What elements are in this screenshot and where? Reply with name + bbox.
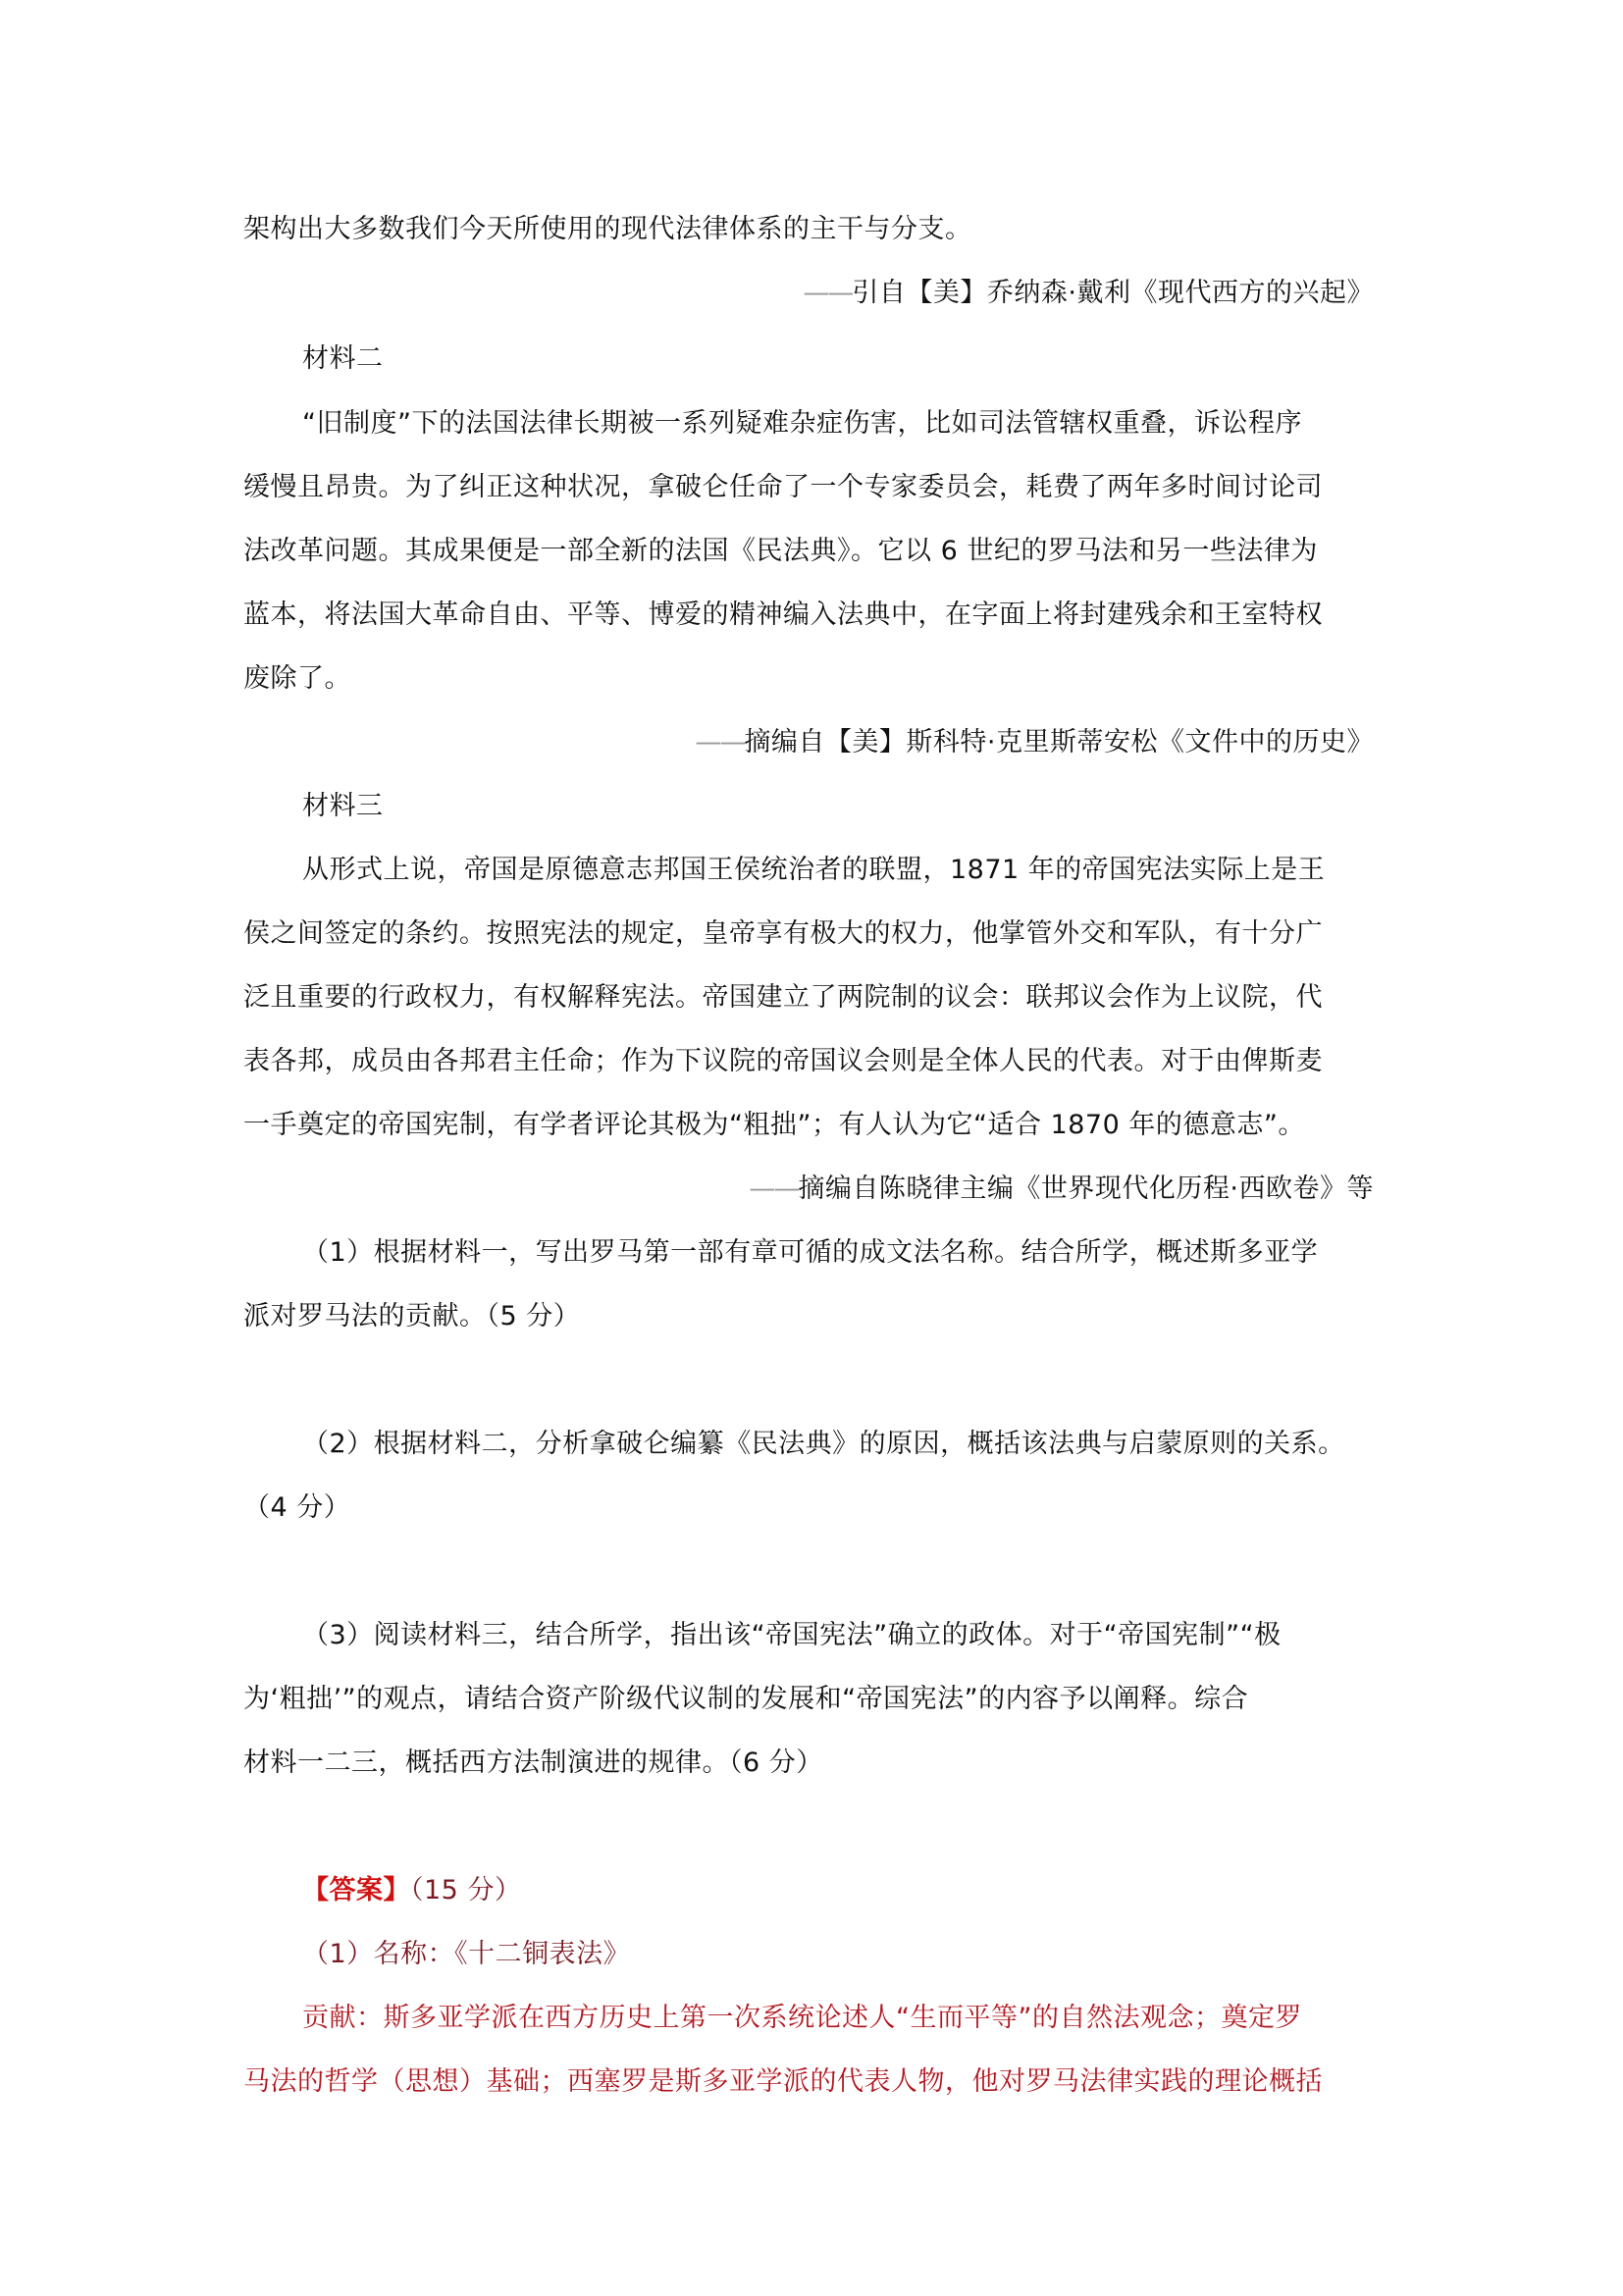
material1-text-tail: 架构出大多数我们今天所使用的现代法律体系的主干与分支。 [243, 214, 1374, 245]
citation-text: 摘编自【美】斯科特·克里斯蒂安松《文件中的历史》 [744, 727, 1374, 757]
question-3-line: 材料一二三，概括西方法制演进的规律。（6 分） [243, 1748, 1374, 1779]
material2-line: “旧制度”下的法国法律长期被一系列疑难杂症伤害，比如司法管辖权重叠，诉讼程序 [302, 408, 1374, 440]
material3-line: 从形式上说，帝国是原德意志邦国王侯统治者的联盟，1871 年的帝国宪法实际上是王 [302, 855, 1374, 886]
answer-contribution-line: 马法的哲学（思想）基础；西塞罗是斯多亚学派的代表人物，他对罗马法律实践的理论概括 [243, 2066, 1374, 2098]
material2-line: 缓慢且昂贵。为了纠正这种状况，拿破仑任命了一个专家委员会，耗费了两年多时间讨论司 [243, 472, 1374, 503]
answer-contribution-line: 贡献：斯多亚学派在西方历史上第一次系统论述人“生而平等”的自然法观念；奠定罗 [302, 2003, 1374, 2034]
material3-line: 一手奠定的帝国宪制，有学者评论其极为“粗拙”；有人认为它“适合 1870 年的德… [243, 1110, 1374, 1141]
material2-line: 法改革问题。其成果便是一部全新的法国《民法典》。它以 6 世纪的罗马法和另一些法… [243, 536, 1374, 567]
question-2-line: （4 分） [243, 1492, 1374, 1524]
citation-text: 引自【美】乔纳森·戴利《现代西方的兴起》 [852, 278, 1374, 308]
material1-citation: ——引自【美】乔纳森·戴利《现代西方的兴起》 [243, 278, 1374, 309]
question-1-line: 派对罗马法的贡献。（5 分） [243, 1301, 1374, 1332]
answer-score: （15 分） [410, 1875, 521, 1905]
answer-part1-name: （1）名称：《十二铜表法》 [302, 1939, 1374, 1970]
answer-label: 【答案】 [302, 1875, 410, 1905]
material3-citation: ——摘编自陈晓律主编《世界现代化历程·西欧卷》等 [243, 1174, 1374, 1205]
citation-dash: —— [695, 727, 744, 757]
question-1-line: （1）根据材料一，写出罗马第一部有章可循的成文法名称。结合所学，概述斯多亚学 [302, 1237, 1374, 1269]
material2-heading: 材料二 [302, 343, 1374, 375]
citation-text: 摘编自陈晓律主编《世界现代化历程·西欧卷》等 [798, 1174, 1374, 1204]
citation-dash: —— [749, 1174, 798, 1204]
citation-dash: —— [803, 278, 852, 308]
material2-line: 废除了。 [243, 663, 1374, 695]
material2-line: 蓝本，将法国大革命自由、平等、博爱的精神编入法典中，在字面上将封建残余和王室特权 [243, 600, 1374, 631]
material3-heading: 材料三 [302, 791, 1374, 822]
answer-header: 【答案】（15 分） [302, 1875, 1374, 1906]
question-3-line: 为‘粗拙’”的观点，请结合资产阶级代议制的发展和“帝国宪法”的内容予以阐释。综合 [243, 1684, 1374, 1715]
material3-line: 侯之间签定的条约。按照宪法的规定，皇帝享有极大的权力，他掌管外交和军队，有十分广 [243, 918, 1374, 950]
question-2-line: （2）根据材料二，分析拿破仑编纂《民法典》的原因，概括该法典与启蒙原则的关系。 [302, 1429, 1374, 1460]
material2-citation: ——摘编自【美】斯科特·克里斯蒂安松《文件中的历史》 [243, 727, 1374, 758]
question-3-line: （3）阅读材料三，结合所学，指出该“帝国宪法”确立的政体。对于“帝国宪制”“极 [302, 1620, 1374, 1651]
material3-line: 表各邦，成员由各邦君主任命；作为下议院的帝国议会则是全体人民的代表。对于由俾斯麦 [243, 1046, 1374, 1077]
material3-line: 泛且重要的行政权力，有权解释宪法。帝国建立了两院制的议会：联邦议会作为上议院，代 [243, 982, 1374, 1014]
